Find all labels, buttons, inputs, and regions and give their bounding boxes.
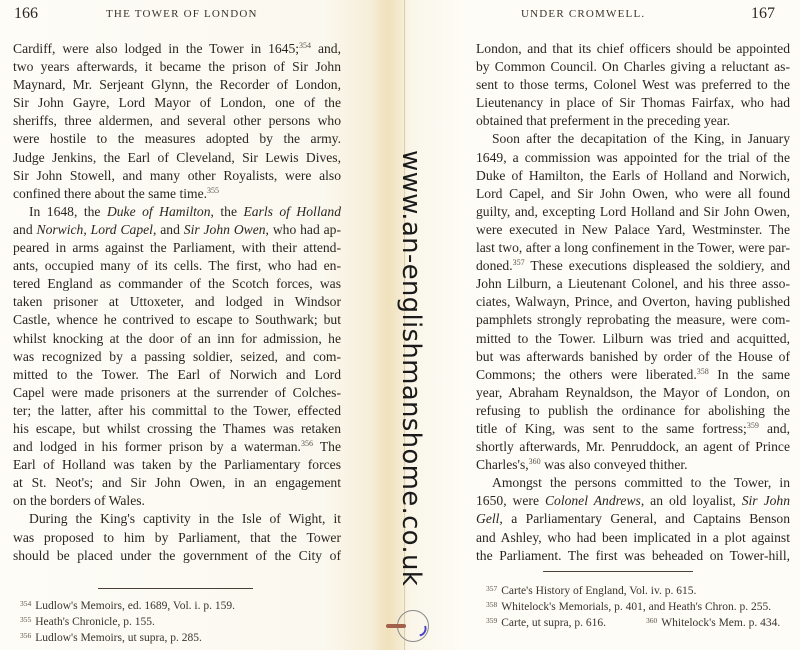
footnote: 359Carte, ut supra, p. 616.360Whitelock'… (486, 615, 780, 631)
text-line: peared in arms against the Parliament, w… (13, 239, 341, 257)
text-run: confined there about the same time. (13, 186, 207, 201)
footnote-number: 356 (20, 631, 31, 640)
text-line: taken prisoner at Uttoxeter, and lodged … (13, 293, 341, 311)
text-run: London, and that its chief officers shou… (476, 41, 790, 56)
text-line: Amongst the persons committed to the Tow… (476, 474, 790, 492)
footnote-text: Carte, ut supra, p. 616. (501, 617, 606, 629)
right-page: UNDER CROMWELL. 167 London, and that its… (380, 0, 800, 650)
text-run: and (13, 222, 37, 237)
text-line: and lodged in his former prison by a wat… (13, 438, 341, 456)
text-run: shortly afterwards, Mr. Penruddock, an a… (476, 439, 790, 454)
text-run: last two, after a long confinement in th… (476, 240, 790, 255)
text-line: were executed in New Palace Yard, Westmi… (476, 221, 790, 239)
text-line: Sir John Gayre, Lord Mayor of London, on… (13, 94, 341, 112)
text-run: ants, occupied many of its cells. The fi… (13, 258, 341, 273)
text-run: 1649, a commission was appointed for the… (476, 150, 790, 165)
text-run: In 1648, the (29, 204, 107, 219)
text-line: John Lilburn, a Lieutenant Colonel, and … (476, 275, 790, 293)
text-line: the Parliament. The first was beheaded o… (476, 547, 790, 565)
italic-name: Norwich (37, 222, 84, 237)
text-line: Capel were made prisoners at the surrend… (13, 384, 341, 402)
text-run: pamphlets strongly reprobating the measu… (476, 312, 790, 327)
italic-name: Lord Capel (91, 222, 153, 237)
footnote-number: 359 (486, 616, 497, 625)
footnote-ref: 357 (513, 258, 525, 267)
logo-stick (386, 624, 406, 628)
text-run: year, Abraham Reynaldson, the Mayor of L… (476, 385, 790, 400)
italic-name: Sir John Owen (184, 222, 266, 237)
text-run: two years afterwards, it became the pris… (13, 59, 341, 74)
running-head-left: THE TOWER OF LONDON (106, 8, 258, 20)
text-line: was recognized by a passing soldier, sei… (13, 348, 341, 366)
text-run: was recognized by a passing soldier, sei… (13, 349, 341, 364)
left-footnotes: 354Ludlow's Memoirs, ed. 1689, Vol. i. p… (20, 598, 235, 646)
text-line: pamphlets strongly reprobating the measu… (476, 311, 790, 329)
text-run: but was afterwards banished by order of … (476, 349, 790, 364)
text-line: by Common Council. On Charles giving a r… (476, 58, 790, 76)
text-run: , the (211, 204, 244, 219)
text-run: sent to those terms, Colonel West was pr… (476, 77, 790, 92)
footnote-ref: 358 (697, 367, 709, 376)
text-run: whilst knocking at the door of an inn fo… (13, 331, 341, 346)
text-line: doned.357 These executions displeased th… (476, 257, 790, 275)
text-line: London, and that its chief officers shou… (476, 40, 790, 58)
text-run: and, (311, 41, 341, 56)
text-run: ter; the latter, after his committal to … (13, 403, 341, 418)
text-line: Gell, a Parliamentary General, and Capta… (476, 510, 790, 528)
text-run: Earl of Holland was taken by the Parliam… (13, 457, 341, 472)
footnote-text: Whitelock's Memorials, p. 401, and Heath… (501, 601, 771, 613)
text-run: on the borders of Wales. (13, 493, 145, 508)
text-run: Capel were made prisoners at the surrend… (13, 385, 341, 400)
text-line: sheriffs, three aldermen, and several ot… (13, 112, 341, 130)
text-run: and lodged in his former prison by a wat… (13, 439, 301, 454)
text-run: and, (759, 421, 790, 436)
watermark-text: www.an-englishmanshome.co.uk (396, 150, 426, 586)
text-line: 1649, a commission was appointed for the… (476, 149, 790, 167)
footnote-number: 360 (646, 616, 657, 625)
text-line: guilty, and, excepting Lord Holland and … (476, 203, 790, 221)
text-run: Sir John Stowell, and many other Royalis… (13, 168, 341, 183)
text-run: by Common Council. On Charles giving a r… (476, 59, 790, 74)
footnote-rule-right (543, 571, 693, 572)
text-line: sent to those terms, Colonel West was pr… (476, 76, 790, 94)
text-line: shortly afterwards, Mr. Penruddock, an a… (476, 438, 790, 456)
left-body-text: Cardiff, were also lodged in the Tower i… (13, 40, 341, 565)
footnote: 355Heath's Chronicle, p. 155. (20, 614, 235, 630)
footnote-text: Ludlow's Memoirs, ut supra, p. 285. (35, 632, 202, 644)
text-run: ciates, Walwayn, Prince, and Overton, ha… (476, 294, 790, 309)
text-line: Judge Jenkins, the Earl of Cleveland, Si… (13, 149, 341, 167)
text-line: Lord Capel, and Sir John Owen, who were … (476, 185, 790, 203)
footnote-ref: 354 (299, 41, 311, 50)
text-run: Maynard, Mr. Serjeant Glynn, the Recorde… (13, 77, 341, 92)
page-number-right: 167 (751, 5, 775, 23)
left-page: 166 THE TOWER OF LONDON Cardiff, were al… (0, 0, 380, 650)
text-line: In 1648, the Duke of Hamilton, the Earls… (13, 203, 341, 221)
text-run: During the King's captivity in the Isle … (29, 511, 341, 526)
text-line: 1650, were Colonel Andrews, an old loyal… (476, 492, 790, 510)
footnote-text: Carte's History of England, Vol. iv. p. … (501, 585, 696, 597)
italic-name: Colonel Andrews (545, 493, 641, 508)
text-run: Sir John Gayre, Lord Mayor of London, on… (13, 95, 341, 110)
book-spread: 166 THE TOWER OF LONDON Cardiff, were al… (0, 0, 800, 650)
text-line: ciates, Walwayn, Prince, and Overton, ha… (476, 293, 790, 311)
footnote: 356Ludlow's Memoirs, ut supra, p. 285. (20, 630, 235, 646)
text-run: Duke of Hamilton, the Earls of Holland a… (476, 168, 790, 183)
text-run: refusing to publish the ordinance for ab… (476, 403, 790, 418)
footnote-number: 354 (20, 599, 31, 608)
italic-name: Earls of Holland (243, 204, 341, 219)
text-run: was also conveyed thither. (541, 457, 688, 472)
text-run: , a Parliamentary General, and Captains … (499, 511, 790, 526)
text-run: were hostile to the measures adopted by … (13, 131, 341, 146)
page-number-left: 166 (14, 5, 38, 23)
text-line: title of King, was sent to the same fort… (476, 420, 790, 438)
footnote: 358Whitelock's Memorials, p. 401, and He… (486, 599, 780, 615)
italic-name: Gell (476, 511, 499, 526)
footnote-text: Whitelock's Mem. p. 434. (661, 617, 780, 629)
text-line: refusing to publish the ordinance for ab… (476, 402, 790, 420)
text-run: doned. (476, 258, 513, 273)
crescent-c-logo-icon (397, 610, 429, 642)
text-run: peared in arms against the Parliament, w… (13, 240, 341, 255)
text-run: These executions displeased the soldiery… (525, 258, 790, 273)
text-line: obtained that preferment in the precedin… (476, 112, 790, 130)
text-run: obtained that preferment in the precedin… (476, 113, 730, 128)
text-line: Commons; the others were liberated.358 I… (476, 366, 790, 384)
text-run: John Lilburn, a Lieutenant Colonel, and … (476, 276, 790, 291)
text-run: was proposed to him by Parliament, that … (13, 530, 341, 545)
text-run: Charles's, (476, 457, 529, 472)
text-line: Charles's,360 was also conveyed thither. (476, 456, 790, 474)
text-run: should be placed under the government of… (13, 548, 341, 563)
text-line: Cardiff, were also lodged in the Tower i… (13, 40, 341, 58)
italic-name: Duke of Hamilton (107, 204, 211, 219)
text-line: and Norwich, Lord Capel, and Sir John Ow… (13, 221, 341, 239)
text-line: at St. Neot's; and Sir John Owen, in an … (13, 474, 341, 492)
footnote-number: 358 (486, 600, 497, 609)
italic-name: Sir John (742, 493, 790, 508)
footnote-ref: 360 (529, 457, 541, 466)
text-run: The (313, 439, 341, 454)
footnote-text: Ludlow's Memoirs, ed. 1689, Vol. i. p. 1… (35, 600, 235, 612)
text-line: was proposed to him by Parliament, that … (13, 529, 341, 547)
right-body-text: London, and that its chief officers shou… (476, 40, 790, 565)
footnote-number: 355 (20, 615, 31, 624)
text-run: , who had ap- (266, 222, 341, 237)
text-run: , an old loyalist, (641, 493, 742, 508)
text-run: tered England as commander of the Scotch… (13, 276, 341, 291)
text-line: ter; the latter, after his committal to … (13, 402, 341, 420)
text-run: were executed in New Palace Yard, Westmi… (476, 222, 790, 237)
text-line: were hostile to the measures adopted by … (13, 130, 341, 148)
footnote-number: 357 (486, 584, 497, 593)
text-line: Sir John Stowell, and many other Royalis… (13, 167, 341, 185)
text-line: Earl of Holland was taken by the Parliam… (13, 456, 341, 474)
text-line: confined there about the same time.355 (13, 185, 341, 203)
text-line: should be placed under the government of… (13, 547, 341, 565)
text-run: mitted to the Tower. Lilburn was tried a… (476, 331, 790, 346)
footnote-text: Heath's Chronicle, p. 155. (35, 616, 155, 628)
text-run: , and (153, 222, 184, 237)
text-run: and Ashley, who had been implicated in a… (476, 530, 790, 545)
text-line: mitted to the Tower. The Earl of Norwich… (13, 366, 341, 384)
text-run: Lord Capel, and Sir John Owen, who were … (476, 186, 790, 201)
text-run: at St. Neot's; and Sir John Owen, in an … (13, 475, 341, 490)
footnote: 354Ludlow's Memoirs, ed. 1689, Vol. i. p… (20, 598, 235, 614)
text-line: year, Abraham Reynaldson, the Mayor of L… (476, 384, 790, 402)
text-line: last two, after a long confinement in th… (476, 239, 790, 257)
text-line: Duke of Hamilton, the Earls of Holland a… (476, 167, 790, 185)
text-run: guilty, and, excepting Lord Holland and … (476, 204, 790, 219)
text-run: mitted to the Tower. The Earl of Norwich… (13, 367, 341, 382)
text-line: and Ashley, who had been implicated in a… (476, 529, 790, 547)
text-run: Judge Jenkins, the Earl of Cleveland, Si… (13, 150, 341, 165)
text-line: mitted to the Tower. Lilburn was tried a… (476, 330, 790, 348)
text-run: In the same (709, 367, 790, 382)
text-line: on the borders of Wales. (13, 492, 341, 510)
text-line: During the King's captivity in the Isle … (13, 510, 341, 528)
footnote-ref: 359 (747, 421, 759, 430)
text-run: title of King, was sent to the same fort… (476, 421, 747, 436)
text-line: ants, occupied many of its cells. The fi… (13, 257, 341, 275)
footnote-ref: 356 (301, 439, 313, 448)
text-run: , (83, 222, 90, 237)
text-line: his escape, but whilst crossing the Tham… (13, 420, 341, 438)
text-run: 1650, were (476, 493, 545, 508)
footnote-ref: 355 (207, 186, 219, 195)
text-run: taken prisoner at Uttoxeter, and lodged … (13, 294, 341, 309)
text-run: Lieutenancy in place of Sir Thomas Fairf… (476, 95, 790, 110)
text-line: but was afterwards banished by order of … (476, 348, 790, 366)
text-run: Amongst the persons committed to the Tow… (492, 475, 790, 490)
text-run: Soon after the decapitation of the King,… (492, 131, 790, 146)
text-line: Maynard, Mr. Serjeant Glynn, the Recorde… (13, 76, 341, 94)
footnote: 357Carte's History of England, Vol. iv. … (486, 583, 780, 599)
running-head-right: UNDER CROMWELL. (521, 8, 645, 20)
text-run: Cardiff, were also lodged in the Tower i… (13, 41, 299, 56)
text-run: sheriffs, three aldermen, and several ot… (13, 113, 341, 128)
right-footnotes: 357Carte's History of England, Vol. iv. … (486, 583, 780, 631)
text-run: Commons; the others were liberated. (476, 367, 697, 382)
text-line: two years afterwards, it became the pris… (13, 58, 341, 76)
text-line: Soon after the decapitation of the King,… (476, 130, 790, 148)
text-line: tered England as commander of the Scotch… (13, 275, 341, 293)
text-line: whilst knocking at the door of an inn fo… (13, 330, 341, 348)
footnote-rule-left (98, 588, 253, 589)
text-run: the Parliament. The first was beheaded o… (476, 548, 790, 563)
text-line: Lieutenancy in place of Sir Thomas Fairf… (476, 94, 790, 112)
text-run: Castle, whence he contrived to escape to… (13, 312, 341, 327)
text-run: his escape, but whilst crossing the Tham… (13, 421, 341, 436)
text-line: Castle, whence he contrived to escape to… (13, 311, 341, 329)
